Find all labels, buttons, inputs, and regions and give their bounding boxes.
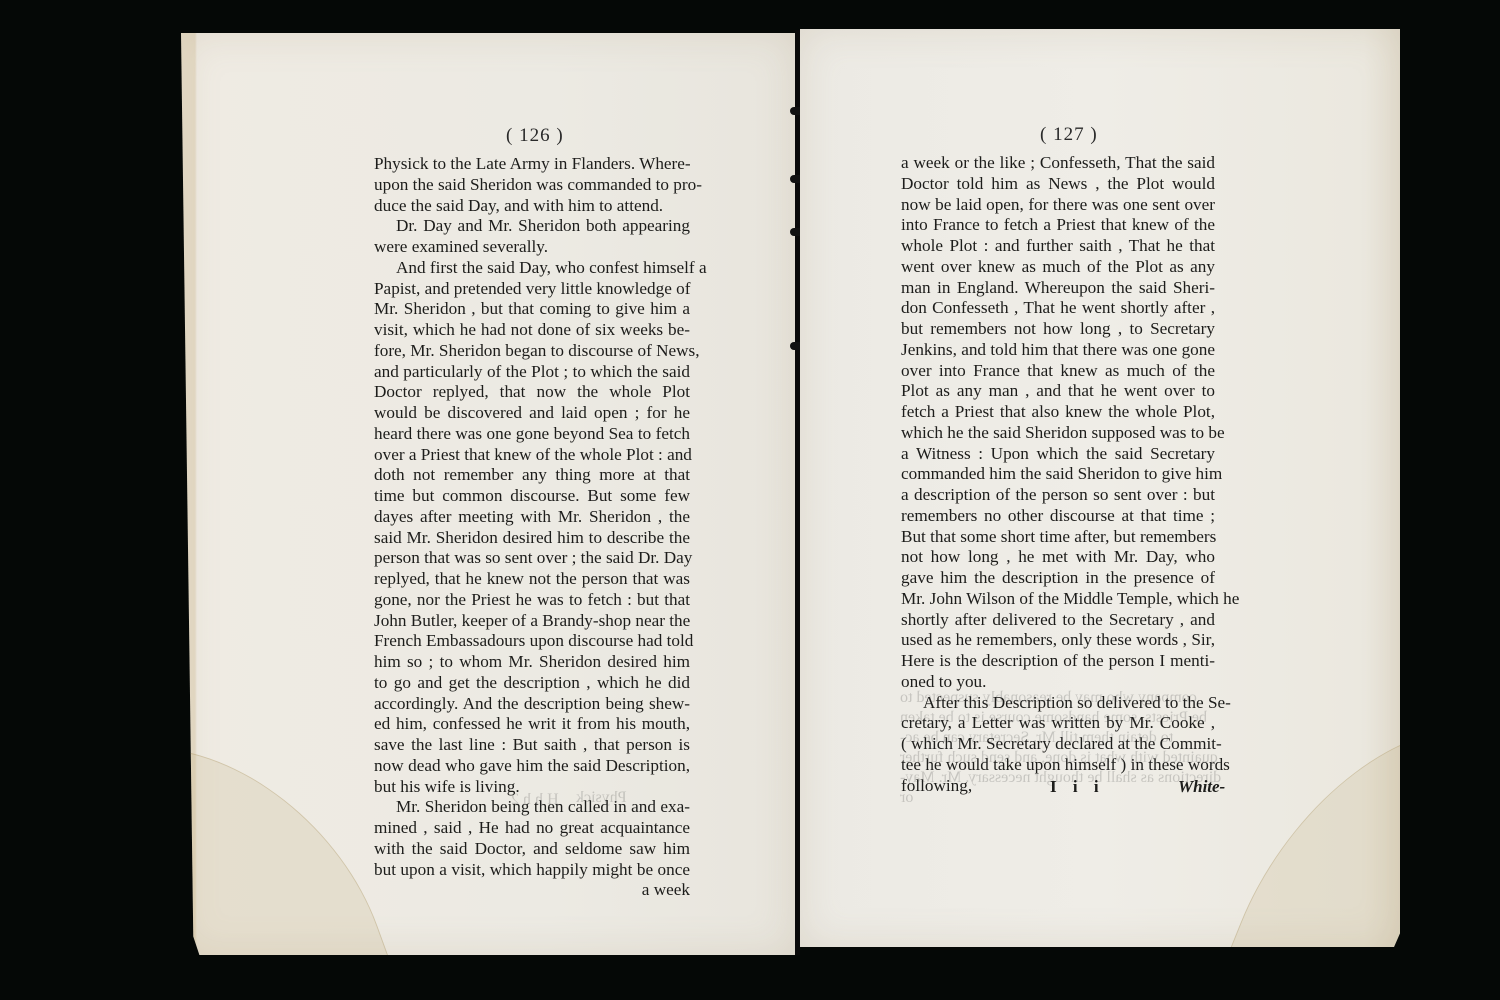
text-line: Plot as any man , and that he went over … [901, 381, 1215, 402]
text-line: accordingly. And the description being s… [374, 694, 690, 715]
text-line: over a Priest that knew of the whole Plo… [374, 445, 690, 466]
text-line: fetch a Priest that also knew the whole … [901, 402, 1215, 423]
text-line: now dead who gave him the said Descripti… [374, 756, 690, 777]
text-line: Jenkins, and told him that there was one… [901, 340, 1215, 361]
text-line: not how long , he met with Mr. Day, who [901, 547, 1215, 568]
text-line: over into France that knew as much of th… [901, 361, 1215, 382]
text-line: man in England. Whereupon the said Sheri… [901, 278, 1215, 299]
text-line: with the said Doctor, and seldome saw hi… [374, 839, 690, 860]
text-line: replyed, that he knew not the person tha… [374, 569, 690, 590]
text-line: doth not remember any thing more at that [374, 465, 690, 486]
text-line: heard there was one gone beyond Sea to f… [374, 424, 690, 445]
text-line: gave him the description in the presence… [901, 568, 1215, 589]
text-line: Dr. Day and Mr. Sheridon both appearing [374, 216, 690, 237]
bleed-through-signature: H h h 2 [511, 791, 559, 809]
text-line: time but common discourse. But some few [374, 486, 690, 507]
text-line: would be discovered and laid open ; for … [374, 403, 690, 424]
text-line: mined , said , He had no great acquainta… [374, 818, 690, 839]
water-stain [111, 748, 394, 970]
text-line: And first the said Day, who confest hims… [374, 258, 690, 279]
text-line: But that some short time after, but reme… [901, 527, 1215, 548]
text-line: gone, nor the Priest he was to fetch : b… [374, 590, 690, 611]
text-line: John Butler, keeper of a Brandy-shop nea… [374, 611, 690, 632]
text-line: Here is the description of the person I … [901, 651, 1215, 672]
text-line: Doctor replyed, that now the whole Plot [374, 382, 690, 403]
text-line: Physick to the Late Army in Flanders. Wh… [374, 154, 690, 175]
bleed-through-line: quainted with what is done, and send suc… [900, 749, 1218, 767]
catchword: White- [1178, 777, 1225, 797]
text-line: Mr. Sheridon , but that coming to give h… [374, 299, 690, 320]
text-line: him so ; to whom Mr. Sheridon desired hi… [374, 652, 690, 673]
text-line: upon the said Sheridon was commanded to … [374, 175, 690, 196]
text-line: went over knew as much of the Plot as an… [901, 257, 1215, 278]
text-line: dayes after meeting with Mr. Sheridon , … [374, 507, 690, 528]
text-line: Mr. John Wilson of the Middle Temple, wh… [901, 589, 1215, 610]
book-spine [795, 30, 800, 955]
text-line: person that was so sent over ; the said … [374, 548, 690, 569]
page-number-left: ( 126 ) [506, 125, 564, 147]
right-page: ( 127 ) a week or the like ; Confesseth,… [800, 29, 1400, 947]
text-line: ed him, confessed he writ it from his mo… [374, 714, 690, 735]
text-line: now be laid open, for there was one sent… [901, 195, 1215, 216]
signature-mark: I i i [1050, 777, 1105, 797]
bleed-through-line: company who may be reasonably suspected … [900, 689, 1197, 707]
bleed-through-line: to detain them till Mr. Secretary can be… [900, 729, 1173, 747]
text-line: French Embassadours upon discourse had t… [374, 631, 690, 652]
text-line: but remembers not how long , to Secretar… [901, 319, 1215, 340]
text-line: a description of the person so sent over… [901, 485, 1215, 506]
text-line: a Witness : Upon which the said Secretar… [901, 444, 1215, 465]
text-line: were examined severally. [374, 237, 690, 258]
text-line: used as he remembers, only these words ,… [901, 630, 1215, 651]
text-line: and particularly of the Plot ; to which … [374, 362, 690, 383]
left-page: ( 126 ) Physick to the Late Army in Flan… [181, 33, 795, 955]
text-line: fore, Mr. Sheridon began to discourse of… [374, 341, 690, 362]
left-text-column: Physick to the Late Army in Flanders. Wh… [374, 154, 690, 901]
text-line: Doctor told him as News , the Plot would [901, 174, 1215, 195]
text-line: don Confesseth , That he went shortly af… [901, 298, 1215, 319]
bleed-through-line: or [900, 789, 913, 807]
page-number-right: ( 127 ) [1040, 124, 1098, 146]
text-line: a week [374, 880, 690, 901]
text-line: Papist, and pretended very little knowle… [374, 279, 690, 300]
bleed-through-catchword: Physick [576, 789, 627, 807]
text-line: duce the said Day, and with him to atten… [374, 196, 690, 217]
text-line: said Mr. Sheridon desired him to describ… [374, 528, 690, 549]
text-line: commanded him the said Sheridon to give … [901, 464, 1215, 485]
text-line: to go and get the description , which he… [374, 673, 690, 694]
text-line: remembers no other discourse at that tim… [901, 506, 1215, 527]
text-line: save the last line : But saith , that pe… [374, 735, 690, 756]
text-line: a week or the like ; Confesseth, That th… [901, 153, 1215, 174]
water-stain [1221, 729, 1500, 971]
text-line: shortly after delivered to the Secretary… [901, 610, 1215, 631]
text-line: but upon a visit, which happily might be… [374, 860, 690, 881]
bleed-through-line: be Priests, some handsome course is to b… [900, 709, 1207, 727]
text-line: which he the said Sheridon supposed was … [901, 423, 1215, 444]
text-line: into France to fetch a Priest that knew … [901, 215, 1215, 236]
text-line: whole Plot : and further saith , That he… [901, 236, 1215, 257]
text-line: visit, which he had not done of six week… [374, 320, 690, 341]
